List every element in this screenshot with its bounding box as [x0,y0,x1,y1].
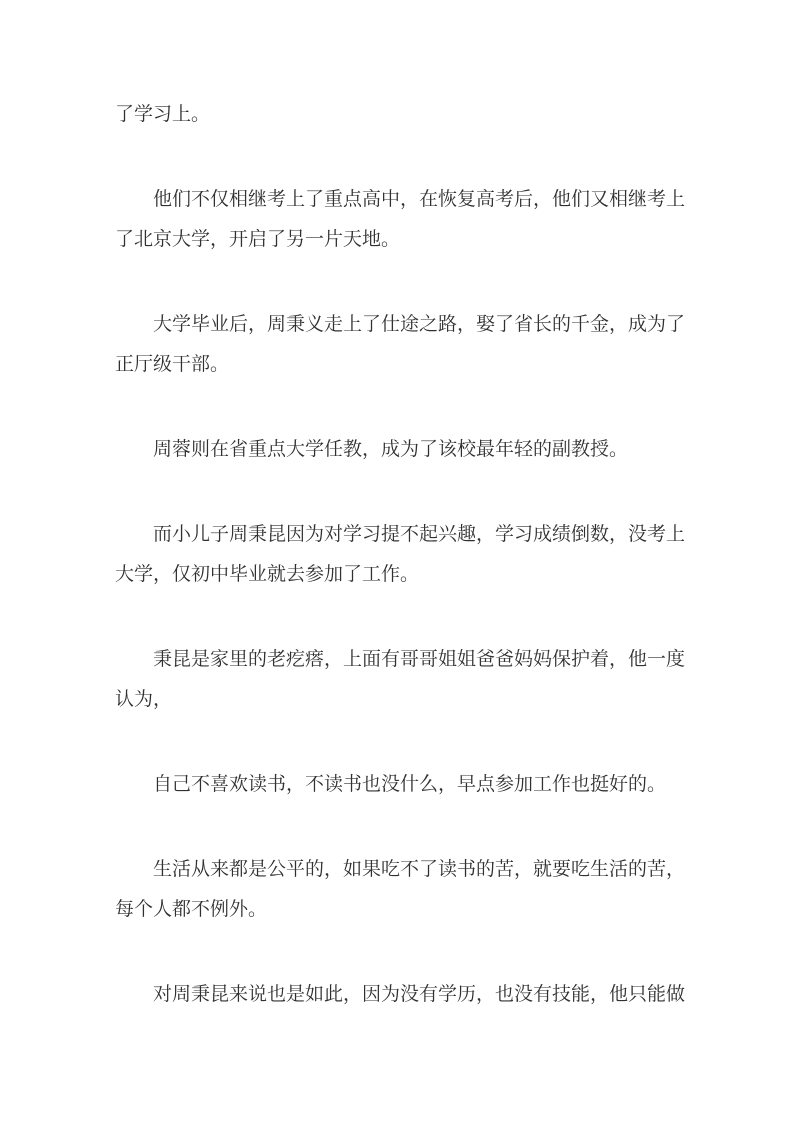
paragraph: 他们不仅相继考上了重点高中，在恢复高考后，他们又相继考上 了北京大学，开启了另一… [115,180,685,260]
paragraph: 大学毕业后，周秉义走上了仕途之路，娶了省长的千金，成为了 正厅级干部。 [115,305,685,385]
paragraph: 秉昆是家里的老疙瘩，上面有哥哥姐姐爸爸妈妈保护着，他一度 认为， [115,640,685,720]
document-page: 了学习上。 他们不仅相继考上了重点高中，在恢复高考后，他们又相继考上 了北京大学… [0,0,793,1122]
paragraph: 自己不喜欢读书，不读书也没什么，早点参加工作也挺好的。 [115,765,685,805]
paragraph: 对周秉昆来说也是如此，因为没有学历，也没有技能，他只能做 [115,975,685,1015]
paragraph: 了学习上。 [115,95,685,135]
paragraph: 而小儿子周秉昆因为对学习提不起兴趣，学习成绩倒数，没考上 大学，仅初中毕业就去参… [115,515,685,595]
paragraph: 生活从来都是公平的，如果吃不了读书的苦，就要吃生活的苦， 每个人都不例外。 [115,850,685,930]
paragraph: 周蓉则在省重点大学任教，成为了该校最年轻的副教授。 [115,430,685,470]
